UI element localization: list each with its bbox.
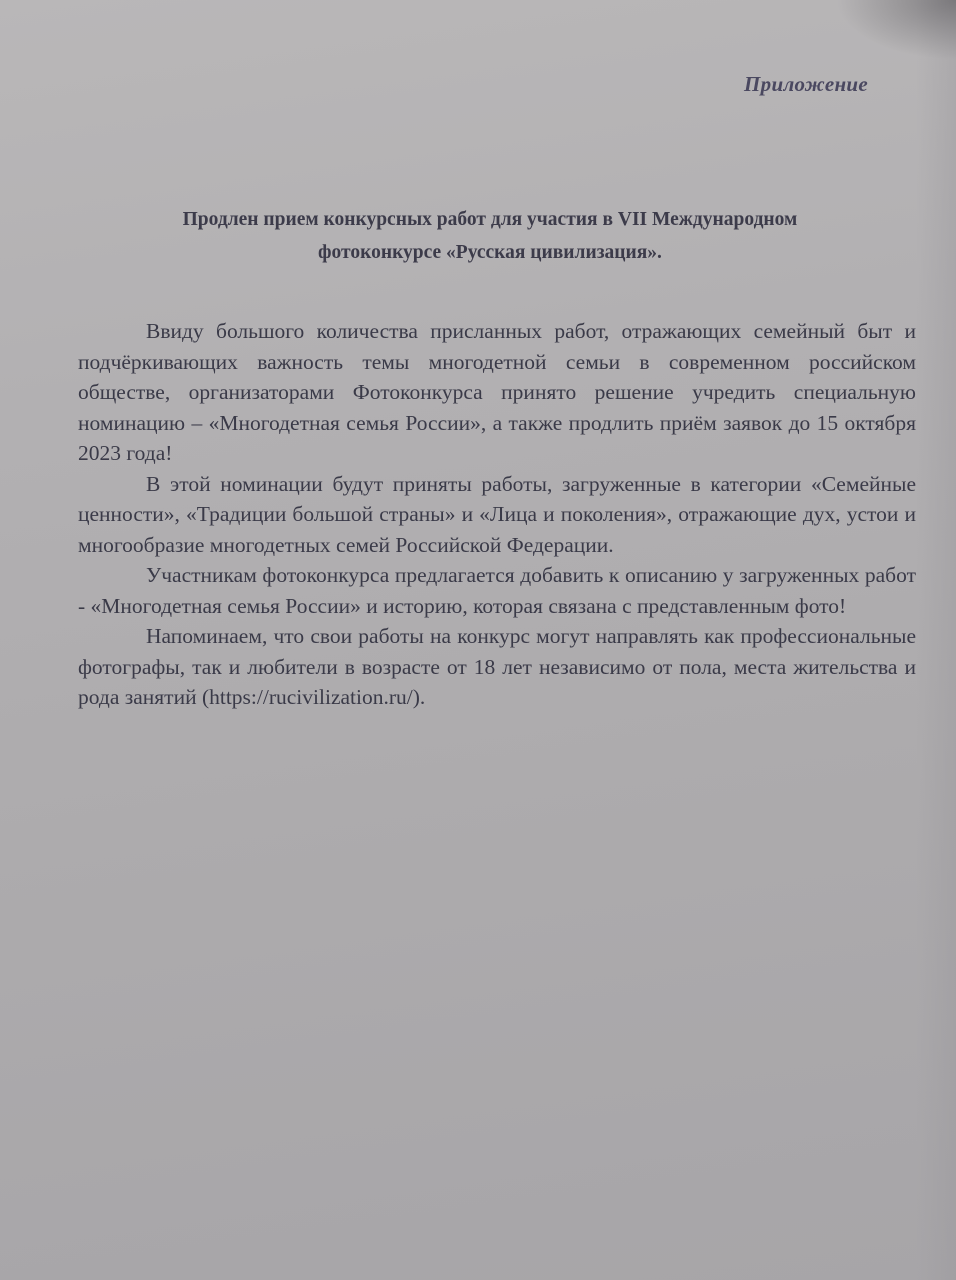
document-title-line-2: фотоконкурсе «Русская цивилизация». (82, 236, 898, 269)
document-title-line-1: Продлен прием конкурсных работ для участ… (82, 203, 898, 236)
appendix-label: Приложение (744, 72, 868, 97)
document-body: Ввиду большого количества присланных раб… (78, 316, 916, 713)
document-page: Приложение Продлен прием конкурсных рабо… (0, 0, 956, 1280)
paragraph-eligibility-reminder: Напоминаем, что свои работы на конкурс м… (78, 621, 916, 713)
paragraph-nomination-categories: В этой номинации будут приняты работы, з… (78, 469, 916, 561)
paragraph-extension-announcement: Ввиду большого количества присланных раб… (78, 316, 916, 469)
document-title: Продлен прием конкурсных работ для участ… (82, 203, 898, 269)
paragraph-participant-instructions: Участникам фотоконкурса предлагается доб… (78, 560, 916, 621)
